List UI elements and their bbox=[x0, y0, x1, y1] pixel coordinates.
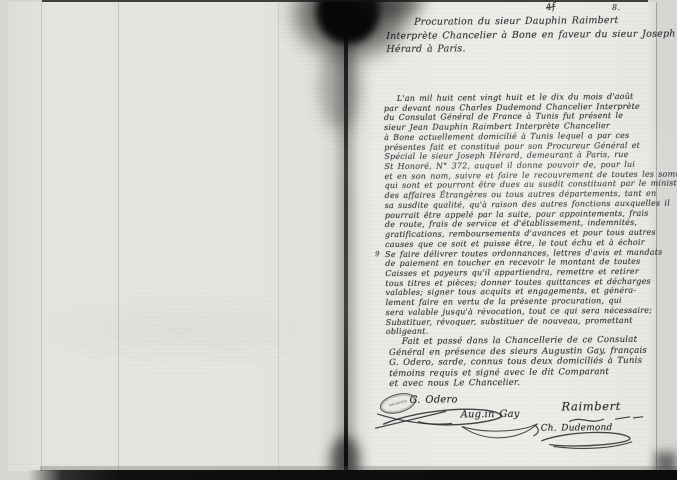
closing-line: et avec nous Le Chancelier. bbox=[389, 377, 647, 390]
act-closing: Fait et passé dans la Chancellerie de ce… bbox=[389, 335, 647, 390]
manuscript-content: 4f 8. Procuration du sieur Dauphin Raimb… bbox=[350, 1, 658, 473]
right-page: 4f 8. Procuration du sieur Dauphin Raimb… bbox=[352, 2, 657, 471]
heading-line: Hérard à Paris. bbox=[386, 40, 675, 56]
margin-mark: 9 bbox=[375, 250, 380, 258]
act-heading: Procuration du sieur Dauphin RaimbertInt… bbox=[386, 13, 676, 56]
fold-line bbox=[278, 2, 279, 471]
act-body: L'an mil huit cent vingt huit et le dix … bbox=[384, 91, 677, 337]
signature-gay: Aug.in Gay bbox=[461, 409, 520, 421]
page-number: 8. bbox=[612, 3, 620, 12]
fold-line bbox=[41, 2, 42, 471]
scanned-register-spread: 4f 8. Procuration du sieur Dauphin Raimb… bbox=[0, 0, 677, 480]
signature-raimbert: Raimbert bbox=[561, 399, 621, 414]
ink-blot bbox=[320, 42, 360, 130]
signature-flourish-icon bbox=[534, 430, 639, 451]
left-page bbox=[8, 2, 345, 471]
fold-line bbox=[118, 2, 119, 471]
signature-flourish-icon bbox=[458, 420, 544, 447]
heading-line: Interprète Chancelier à Bone en faveur d… bbox=[386, 27, 675, 43]
book-bottom-edge bbox=[0, 470, 677, 480]
struck-corner-annotation: 4f bbox=[545, 2, 556, 13]
page-top-edge bbox=[42, 0, 648, 2]
